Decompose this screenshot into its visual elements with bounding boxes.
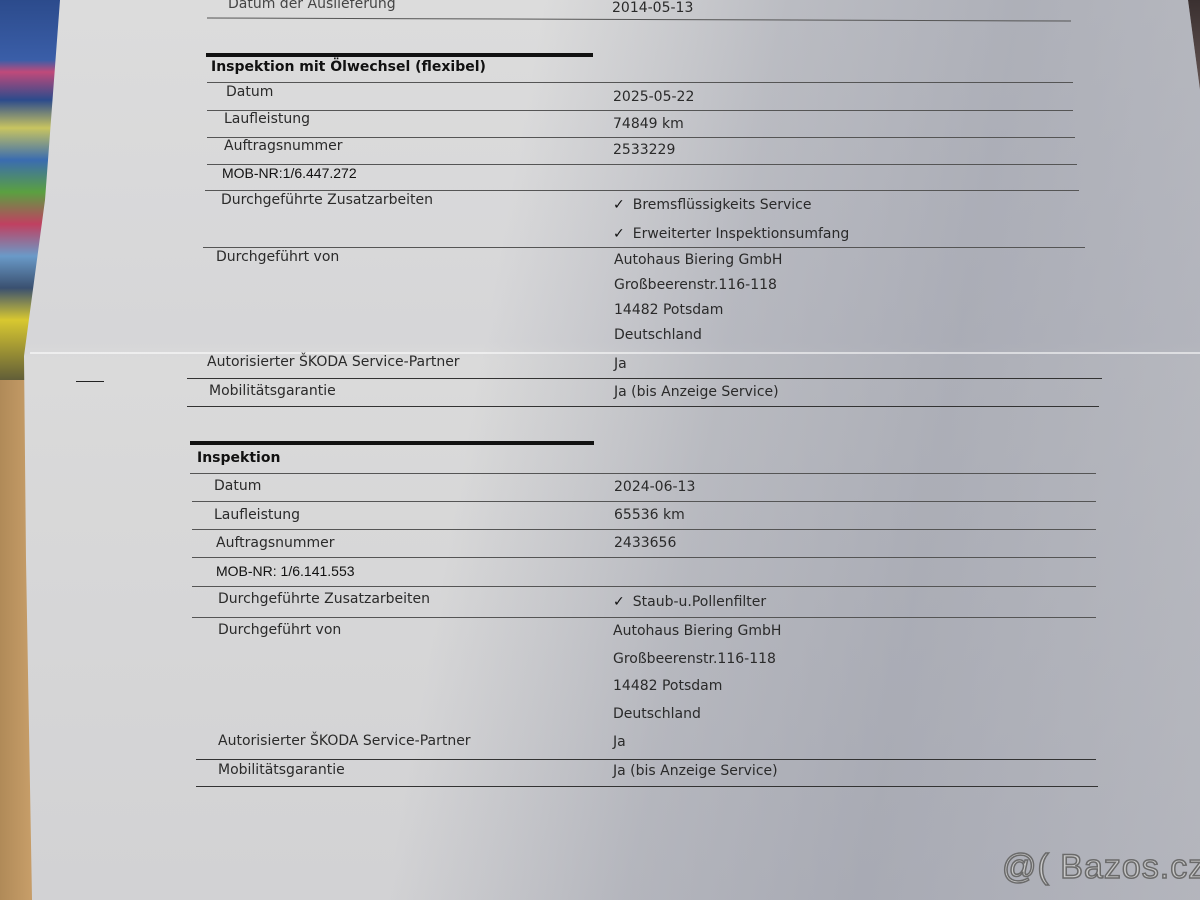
label-laufleistung: Laufleistung bbox=[224, 111, 310, 127]
value-laufleistung: 74849 km bbox=[613, 116, 684, 132]
divider bbox=[192, 617, 1096, 618]
label-auftragsnummer: Auftragsnummer bbox=[216, 535, 335, 551]
label-durchgefuehrt-von: Durchgeführt von bbox=[218, 622, 341, 638]
divider bbox=[192, 529, 1096, 530]
address-line: Autohaus Biering GmbH bbox=[613, 623, 781, 639]
divider bbox=[207, 110, 1073, 111]
label-zusatzarbeiten: Durchgeführte Zusatzarbeiten bbox=[218, 591, 430, 607]
label-mobilitaetsgarantie: Mobilitätsgarantie bbox=[218, 762, 345, 778]
fold-mark bbox=[76, 381, 104, 382]
value-auftragsnummer: 2533229 bbox=[613, 142, 675, 158]
value-service-partner: Ja bbox=[613, 734, 626, 750]
address-line: Autohaus Biering GmbH bbox=[614, 252, 782, 268]
address-line: Großbeerenstr.116-118 bbox=[614, 277, 777, 293]
divider bbox=[187, 406, 1099, 407]
zusatz-item: ✓Bremsflüssigkeits Service bbox=[613, 197, 811, 213]
divider bbox=[203, 247, 1085, 248]
divider bbox=[207, 82, 1073, 83]
value-laufleistung: 65536 km bbox=[614, 507, 685, 523]
address-line: 14482 Potsdam bbox=[613, 678, 722, 694]
bazos-watermark: @( Bazos.cz bbox=[1002, 848, 1200, 887]
divider bbox=[192, 586, 1096, 587]
value-datum: 2024-06-13 bbox=[614, 479, 695, 495]
divider bbox=[190, 473, 1096, 474]
value-datum: 2025-05-22 bbox=[613, 89, 694, 105]
divider bbox=[192, 501, 1096, 502]
service-document: Datum der Auslieferung 2014-05-13 Inspek… bbox=[0, 0, 1200, 900]
label-auslieferung: Datum der Auslieferung bbox=[228, 0, 396, 12]
label-mobilitaetsgarantie: Mobilitätsgarantie bbox=[209, 383, 336, 399]
value-mobilitaetsgarantie: Ja (bis Anzeige Service) bbox=[613, 763, 778, 779]
section-bar bbox=[190, 441, 594, 445]
section-bar bbox=[206, 53, 593, 57]
label-datum: Datum bbox=[214, 478, 261, 494]
value-mobilitaetsgarantie: Ja (bis Anzeige Service) bbox=[614, 384, 779, 400]
label-laufleistung: Laufleistung bbox=[214, 507, 300, 523]
mob-nr: MOB-NR:1/6.447.272 bbox=[222, 165, 357, 181]
address-line: Deutschland bbox=[614, 327, 702, 343]
check-icon: ✓ bbox=[613, 197, 625, 213]
divider bbox=[205, 190, 1079, 191]
value-auftragsnummer: 2433656 bbox=[614, 535, 676, 551]
label-datum: Datum bbox=[226, 84, 273, 100]
zusatz-item: ✓Erweiterter Inspektionsumfang bbox=[613, 226, 849, 242]
value-service-partner: Ja bbox=[614, 356, 627, 372]
check-icon: ✓ bbox=[613, 226, 625, 242]
address-line: Deutschland bbox=[613, 706, 701, 722]
divider bbox=[196, 759, 1096, 760]
divider bbox=[192, 557, 1096, 558]
section2-title: Inspektion bbox=[197, 450, 280, 466]
zusatz-item: ✓Staub-u.Pollenfilter bbox=[613, 594, 766, 610]
mob-nr: MOB-NR: 1/6.141.553 bbox=[216, 563, 355, 579]
section1-title: Inspektion mit Ölwechsel (flexibel) bbox=[211, 59, 486, 75]
check-icon: ✓ bbox=[613, 594, 625, 610]
divider bbox=[187, 378, 1102, 379]
label-service-partner: Autorisierter ŠKODA Service-Partner bbox=[207, 354, 460, 370]
paper-fold bbox=[30, 352, 1200, 354]
divider bbox=[207, 17, 1071, 21]
label-zusatzarbeiten: Durchgeführte Zusatzarbeiten bbox=[221, 192, 433, 208]
label-durchgefuehrt-von: Durchgeführt von bbox=[216, 249, 339, 265]
divider bbox=[196, 786, 1098, 787]
label-service-partner: Autorisierter ŠKODA Service-Partner bbox=[218, 733, 471, 749]
address-line: 14482 Potsdam bbox=[614, 302, 723, 318]
address-line: Großbeerenstr.116-118 bbox=[613, 651, 776, 667]
value-auslieferung: 2014-05-13 bbox=[612, 0, 693, 16]
label-auftragsnummer: Auftragsnummer bbox=[224, 138, 343, 154]
